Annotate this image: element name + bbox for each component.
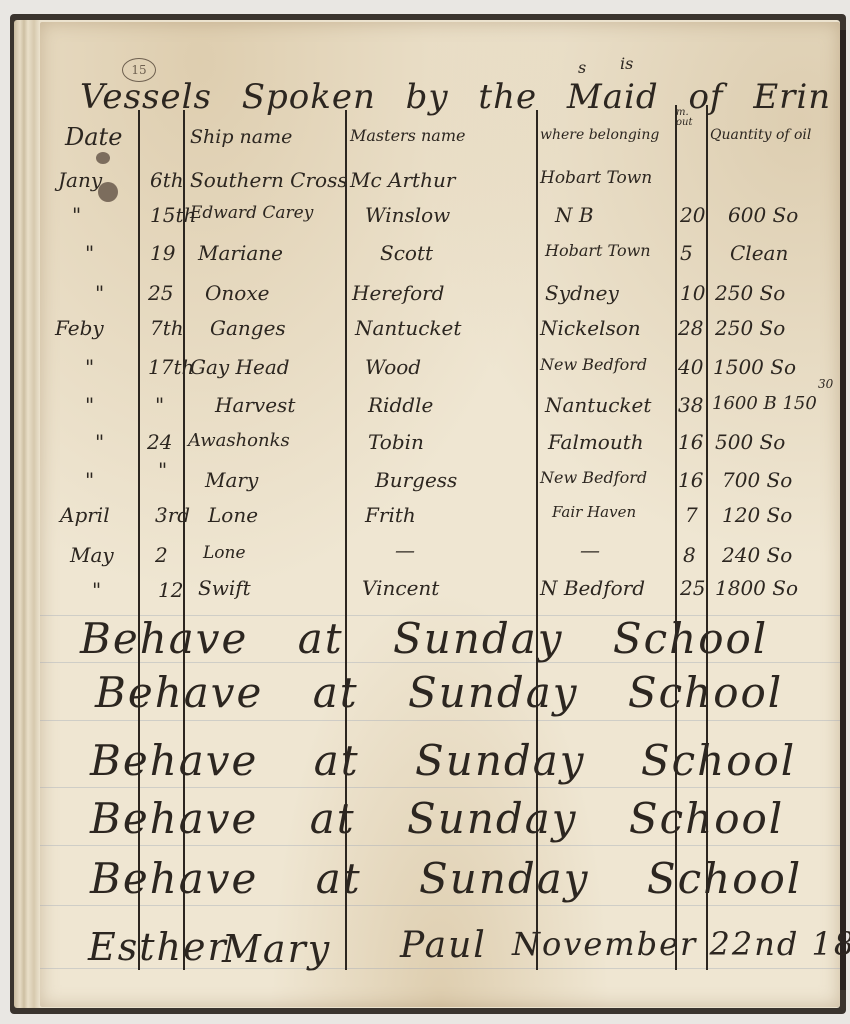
cell-ship: Harvest xyxy=(215,395,295,415)
cell-master: Nantucket xyxy=(355,318,461,338)
cell-oil: 500 So xyxy=(715,432,785,452)
title-insertion: is xyxy=(620,56,633,72)
cell-oil: 1600 B 150 xyxy=(712,395,817,413)
cell-day: 19 xyxy=(150,243,175,263)
cell-oil: 120 So xyxy=(722,505,792,525)
cell-month: " xyxy=(85,470,94,490)
cell-port: Nantucket xyxy=(545,395,651,415)
cell-day: 6th xyxy=(150,170,184,190)
cell-day: " xyxy=(158,460,167,480)
cell-master: Burgess xyxy=(375,470,457,490)
cell-master: — xyxy=(395,540,415,560)
signature-date: November 22nd 1865 xyxy=(512,928,850,960)
cell-month: " xyxy=(85,243,94,263)
cell-months-out: 16 xyxy=(678,432,703,452)
cell-day: 3rd xyxy=(155,505,190,525)
cell-ship: Onoxe xyxy=(205,283,269,303)
cell-ship: Swift xyxy=(198,578,251,598)
cell-day: 17th xyxy=(148,357,194,377)
cell-month: " xyxy=(95,432,104,452)
ruled-line xyxy=(40,845,840,846)
cell-port: Hobart Town xyxy=(545,243,651,259)
page-title: Vessels Spoken by the Maid of Erin xyxy=(80,80,831,114)
signature-name: Mary xyxy=(222,930,331,968)
drill-line: Behave at Sunday School xyxy=(90,858,802,900)
cell-ship: Awashonks xyxy=(188,432,290,450)
cell-port: N Bedford xyxy=(540,578,645,598)
cell-month: April xyxy=(60,505,110,525)
cell-months-out: 40 xyxy=(678,357,703,377)
cell-oil: 1500 So xyxy=(713,357,796,377)
cell-port: — xyxy=(580,540,600,560)
cell-ship: Lone xyxy=(203,545,246,562)
cell-month: " xyxy=(72,205,81,225)
ink-blot xyxy=(96,152,110,164)
cell-months-out: 5 xyxy=(680,243,693,263)
cell-month: " xyxy=(85,357,94,377)
cell-oil: 600 So xyxy=(728,205,798,225)
signature-name: Paul xyxy=(400,928,487,964)
cell-oil: 250 So xyxy=(715,318,785,338)
cell-ship: Gay Head xyxy=(190,357,290,377)
signature-name: Esther xyxy=(88,928,228,966)
header-quantity-of-oil: Quantity of oil xyxy=(710,128,811,142)
cell-port: New Bedford xyxy=(540,470,647,486)
cell-day: 25 xyxy=(148,283,173,303)
cell-oil: 1800 So xyxy=(715,578,798,598)
cell-ship: Ganges xyxy=(210,318,286,338)
cell-months-out: 25 xyxy=(680,578,705,598)
cell-day: 7th xyxy=(150,318,184,338)
ruled-line xyxy=(40,905,840,906)
cell-months-out: 7 xyxy=(685,505,698,525)
drill-line: Behave at Sunday School xyxy=(90,798,784,840)
drill-line: Behave at Sunday School xyxy=(80,618,768,660)
cell-months-out: 28 xyxy=(678,318,703,338)
cell-ship: Mary xyxy=(205,470,258,490)
cell-master: Winslow xyxy=(365,205,450,225)
cell-master: Hereford xyxy=(352,283,444,303)
cell-port: Sydney xyxy=(545,283,619,303)
cell-master: Wood xyxy=(365,357,421,377)
cell-master: Frith xyxy=(365,505,416,525)
cell-port: Hobart Town xyxy=(540,170,652,187)
cell-port: N B xyxy=(555,205,594,225)
cell-master: Vincent xyxy=(362,578,439,598)
header-months-out: m. out xyxy=(676,108,704,128)
header-date: Date xyxy=(65,125,122,149)
drill-line: Behave at Sunday School xyxy=(95,672,783,714)
cell-day: 2 xyxy=(155,545,168,565)
drill-line: Behave at Sunday School xyxy=(90,740,796,782)
cell-months-out: 38 xyxy=(678,395,703,415)
cell-master: Mc Arthur xyxy=(350,170,455,190)
cell-months-out: 10 xyxy=(680,283,705,303)
cell-month: May xyxy=(70,545,114,565)
cell-month: " xyxy=(85,395,94,415)
cell-day: " xyxy=(155,395,164,415)
cell-ship: Southern Cross xyxy=(190,170,348,190)
cell-month: Feby xyxy=(55,318,104,338)
cell-month: " xyxy=(92,580,101,600)
cell-ship: Lone xyxy=(208,505,258,525)
cell-oil: 250 So xyxy=(715,283,785,303)
cell-months-out: 8 xyxy=(683,545,696,565)
cell-day: 12 xyxy=(158,580,183,600)
cell-ship: Edward Carey xyxy=(190,205,313,222)
header-ship-name: Ship name xyxy=(190,128,292,147)
cell-oil: 700 So xyxy=(722,470,792,490)
ruled-line xyxy=(40,720,840,721)
cell-ship: Mariane xyxy=(198,243,283,263)
cell-port: Fair Haven xyxy=(552,505,636,520)
cell-port: Nickelson xyxy=(540,318,641,338)
title-insertion: s xyxy=(578,60,586,76)
cell-oil: 240 So xyxy=(722,545,792,565)
cell-master: Riddle xyxy=(368,395,433,415)
cell-port: New Bedford xyxy=(540,357,647,373)
cell-master: Tobin xyxy=(368,432,424,452)
cell-months-out: 16 xyxy=(678,470,703,490)
ruled-line xyxy=(40,787,840,788)
cell-oil-note: 30 xyxy=(818,378,833,390)
cell-month: Jany xyxy=(58,170,102,190)
cell-port: Falmouth xyxy=(548,432,644,452)
cell-month: " xyxy=(95,283,104,303)
header-where-belonging: where belonging xyxy=(540,128,659,142)
cell-day: 24 xyxy=(147,432,172,452)
cell-months-out: 20 xyxy=(680,205,705,225)
cell-oil: Clean xyxy=(730,243,788,263)
header-masters-name: Masters name xyxy=(350,128,465,144)
cell-master: Scott xyxy=(380,243,433,263)
